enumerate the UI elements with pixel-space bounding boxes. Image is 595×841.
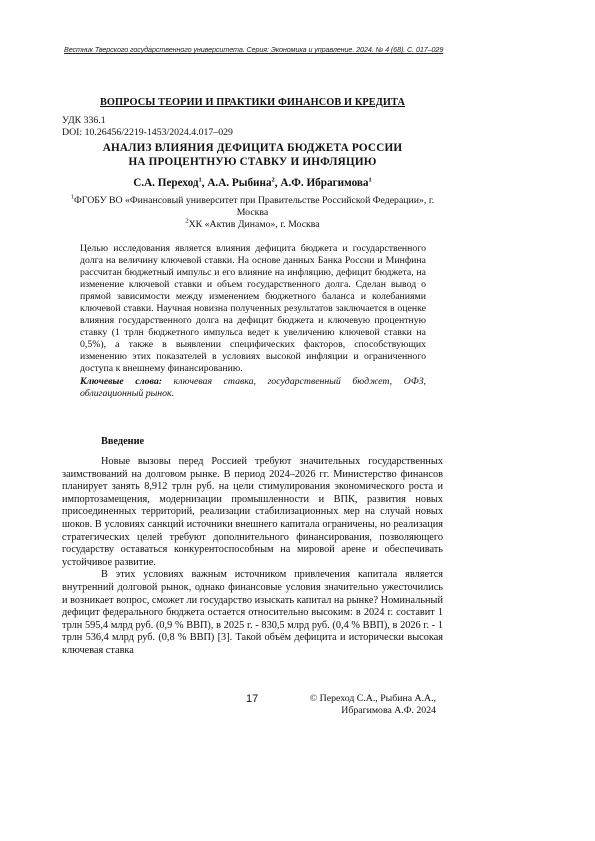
author-name: А.А. Рыбина <box>207 177 271 189</box>
introduction-body: Новые вызовы перед Россией требуют значи… <box>62 456 443 658</box>
author-affiliation-mark: 1 <box>369 176 372 183</box>
affiliations: 1ФГОБУ ВО «Финансовый университет при Пр… <box>62 195 443 231</box>
keywords-label: Ключевые слова: <box>80 376 162 387</box>
udk-code: УДК 336.1 <box>62 115 106 127</box>
affiliation-text: ХК «Актив Динамо», г. Москва <box>189 219 320 230</box>
doi: DOI: 10.26456/2219-1453/2024.4.017–029 <box>62 127 233 139</box>
author-name: С.А. Переход <box>133 177 198 189</box>
body-paragraph: В этих условиях важным источником привле… <box>62 569 443 657</box>
affiliation-1: 1ФГОБУ ВО «Финансовый университет при Пр… <box>62 195 443 219</box>
abstract-text: Целью исследования является влияния дефи… <box>80 243 426 376</box>
copyright-line-2: Ибрагимова А.Ф. 2024 <box>280 705 436 717</box>
keywords: Ключевые слова: ключевая ставка, государ… <box>80 376 426 400</box>
journal-running-header: Вестник Тверского государственного униве… <box>64 45 524 54</box>
authors: С.А. Переход1, А.А. Рыбина2, А.Ф. Ибраги… <box>62 177 443 189</box>
author-affiliation-mark: 2 <box>272 176 275 183</box>
introduction-heading: Введение <box>101 436 144 447</box>
article-title: АНАЛИЗ ВЛИЯНИЯ ДЕФИЦИТА БЮДЖЕТА РОССИИ Н… <box>62 141 443 169</box>
title-line-1: АНАЛИЗ ВЛИЯНИЯ ДЕФИЦИТА БЮДЖЕТА РОССИИ <box>62 141 443 155</box>
author-affiliation-mark: 1 <box>199 176 202 183</box>
body-paragraph: Новые вызовы перед Россией требуют значи… <box>62 456 443 569</box>
page-number: 17 <box>246 693 258 705</box>
title-line-2: НА ПРОЦЕНТНУЮ СТАВКУ И ИНФЛЯЦИЮ <box>62 155 443 169</box>
section-rubric: ВОПРОСЫ ТЕОРИИ И ПРАКТИКИ ФИНАНСОВ И КРЕ… <box>62 97 443 108</box>
copyright: © Переход С.А., Рыбина А.А., Ибрагимова … <box>280 693 436 717</box>
copyright-line-1: © Переход С.А., Рыбина А.А., <box>280 693 436 705</box>
author-name: А.Ф. Ибрагимова <box>280 177 368 189</box>
affiliation-text: ФГОБУ ВО «Финансовый университет при Пра… <box>74 195 434 218</box>
affiliation-2: 2ХК «Актив Динамо», г. Москва <box>62 219 443 231</box>
abstract: Целью исследования является влияния дефи… <box>80 243 426 400</box>
